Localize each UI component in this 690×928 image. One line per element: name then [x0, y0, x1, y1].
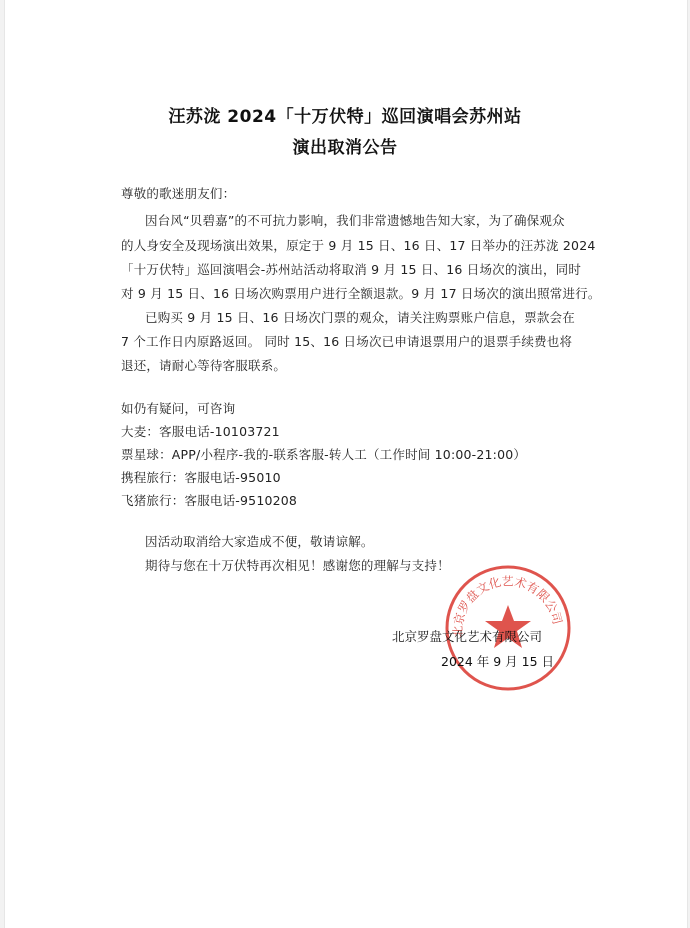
- contact-piaoxingqiu: 票星球：APP/小程序-我的-联系客服-转人工（工作时间 10:00-21:00…: [121, 445, 526, 463]
- paragraph1-line2: 的人身安全及现场演出效果，原定于 9 月 15 日、16 日、17 日举办的汪苏…: [121, 236, 596, 254]
- paragraph1-line3: 「十万伏特」巡回演唱会-苏州站活动将取消 9 月 15 日、16 日场次的演出，…: [121, 260, 581, 278]
- contact-damai: 大麦：客服电话-10103721: [121, 422, 280, 440]
- paragraph1-line4: 对 9 月 15 日、16 日场次购票用户进行全额退款。9 月 17 日场次的演…: [121, 284, 601, 302]
- announcement-subtitle: 演出取消公告: [0, 133, 690, 158]
- signature-company: 北京罗盘文化艺术有限公司: [392, 627, 542, 645]
- paragraph2-line3: 退还，请耐心等待客服联系。: [121, 356, 286, 374]
- signature-date: 2024 年 9 月 15 日: [441, 652, 554, 670]
- salutation: 尊敬的歌迷朋友们：: [121, 184, 235, 202]
- contact-ctrip: 携程旅行：客服电话-95010: [121, 468, 281, 486]
- contact-intro: 如仍有疑问，可咨询: [121, 399, 235, 417]
- contact-fliggy: 飞猪旅行：客服电话-9510208: [121, 491, 297, 509]
- announcement-title: 汪苏泷 2024「十万伏特」巡回演唱会苏州站: [0, 102, 690, 127]
- paragraph2-line2: 7 个工作日内原路返回。 同时 15、16 日场次已申请退票用户的退票手续费也将: [121, 332, 572, 350]
- paragraph2-line1: 已购买 9 月 15 日、16 日场次门票的观众，请关注购票账户信息，票款会在: [145, 308, 575, 326]
- closing-line1: 因活动取消给大家造成不便，敬请谅解。: [145, 532, 374, 550]
- paragraph1-line1: 因台风“贝碧嘉”的不可抗力影响，我们非常遗憾地告知大家，为了确保观众: [145, 211, 565, 229]
- closing-line2: 期待与您在十万伏特再次相见！感谢您的理解与支持！: [145, 556, 450, 574]
